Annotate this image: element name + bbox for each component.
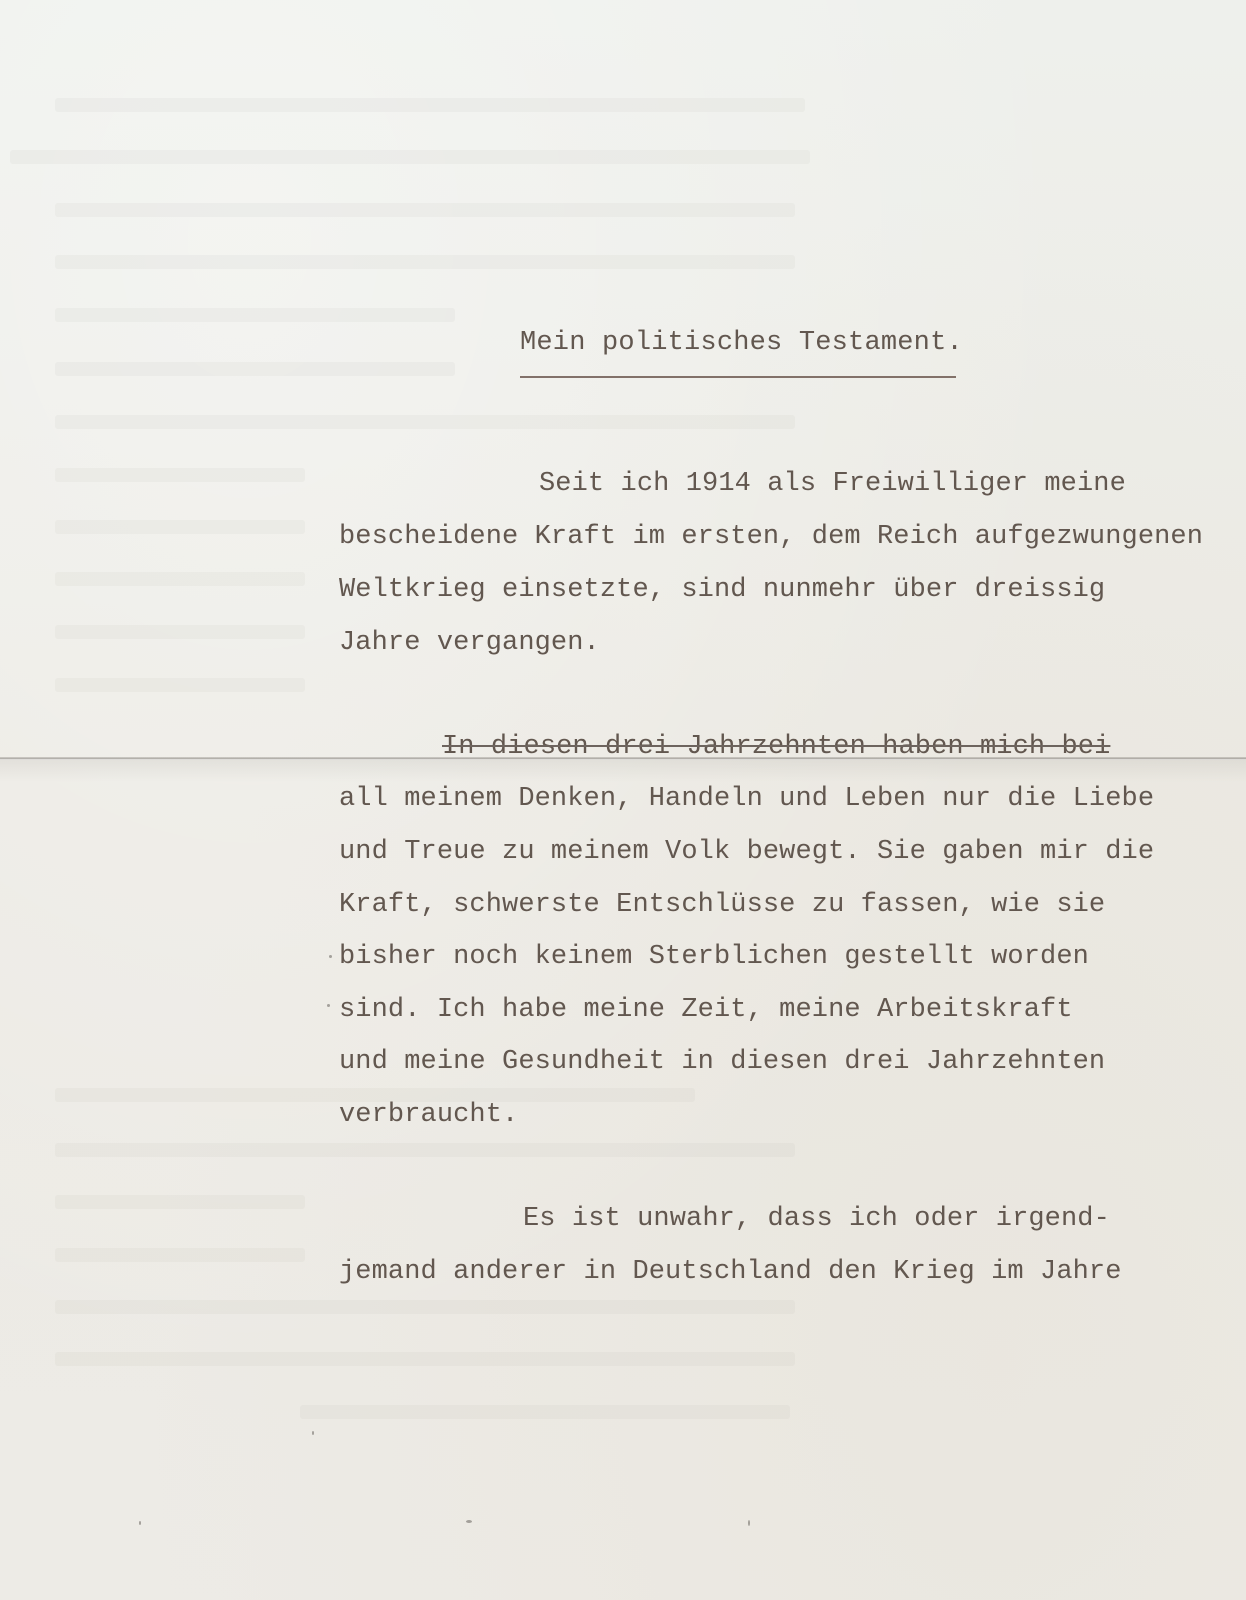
- paragraph-2-line-2: und Treue zu meinem Volk bewegt. Sie gab…: [339, 836, 1154, 868]
- bleed-through-mark: [55, 1300, 795, 1314]
- paragraph-2-line-6: und meine Gesundheit in diesen drei Jahr…: [339, 1046, 1105, 1078]
- bleed-through-mark: [55, 1195, 305, 1209]
- paragraph-2-line-4: bisher noch keinem Sterblichen gestellt …: [339, 941, 1089, 973]
- struck-through-line: In diesen drei Jahrzehnten haben mich be…: [442, 731, 1110, 763]
- bleed-through-mark: [55, 98, 805, 112]
- document-title: Mein politisches Testament.: [520, 328, 963, 358]
- paper-speck: [139, 1521, 141, 1525]
- paragraph-2-line-3: Kraft, schwerste Entschlüsse zu fassen, …: [339, 889, 1105, 921]
- paragraph-3-line-1: Es ist unwahr, dass ich oder irgend-: [523, 1203, 1110, 1235]
- paragraph-2-line-7: verbraucht.: [339, 1099, 518, 1131]
- paragraph-2-line-1: all meinem Denken, Handeln und Leben nur…: [339, 783, 1154, 815]
- paragraph-1-line-4: Jahre vergangen.: [339, 627, 600, 659]
- bleed-through-mark: [300, 1405, 790, 1419]
- paragraph-1-line-2: bescheidene Kraft im ersten, dem Reich a…: [339, 521, 1203, 553]
- bleed-through-mark: [55, 468, 305, 482]
- bleed-through-mark: [55, 415, 795, 429]
- paragraph-1-line-3: Weltkrieg einsetzte, sind nunmehr über d…: [339, 574, 1105, 606]
- bleed-through-mark: [55, 362, 455, 376]
- paper-fold-shadow: [0, 760, 1246, 782]
- bleed-through-mark: [55, 1143, 795, 1157]
- title-underline: [520, 376, 956, 378]
- paragraph-2-line-5: sind. Ich habe meine Zeit, meine Arbeits…: [339, 994, 1073, 1026]
- bleed-through-mark: [55, 1352, 795, 1366]
- bleed-through-mark: [55, 520, 305, 534]
- bleed-through-mark: [55, 203, 795, 217]
- paper-speck: [748, 1520, 750, 1526]
- paper-speck: [466, 1520, 472, 1523]
- paper-speck: [329, 955, 332, 958]
- bleed-through-mark: [55, 308, 455, 322]
- bleed-through-mark: [55, 255, 795, 269]
- bleed-through-mark: [55, 678, 305, 692]
- paragraph-3-line-2: jemand anderer in Deutschland den Krieg …: [339, 1256, 1122, 1288]
- paragraph-1-line-1: Seit ich 1914 als Freiwilliger meine: [539, 468, 1126, 500]
- bleed-through-mark: [55, 625, 305, 639]
- paper-speck: [312, 1431, 314, 1435]
- bleed-through-mark: [55, 1248, 305, 1262]
- paper-speck: [327, 1004, 330, 1007]
- bleed-through-mark: [10, 150, 810, 164]
- bleed-through-mark: [55, 572, 305, 586]
